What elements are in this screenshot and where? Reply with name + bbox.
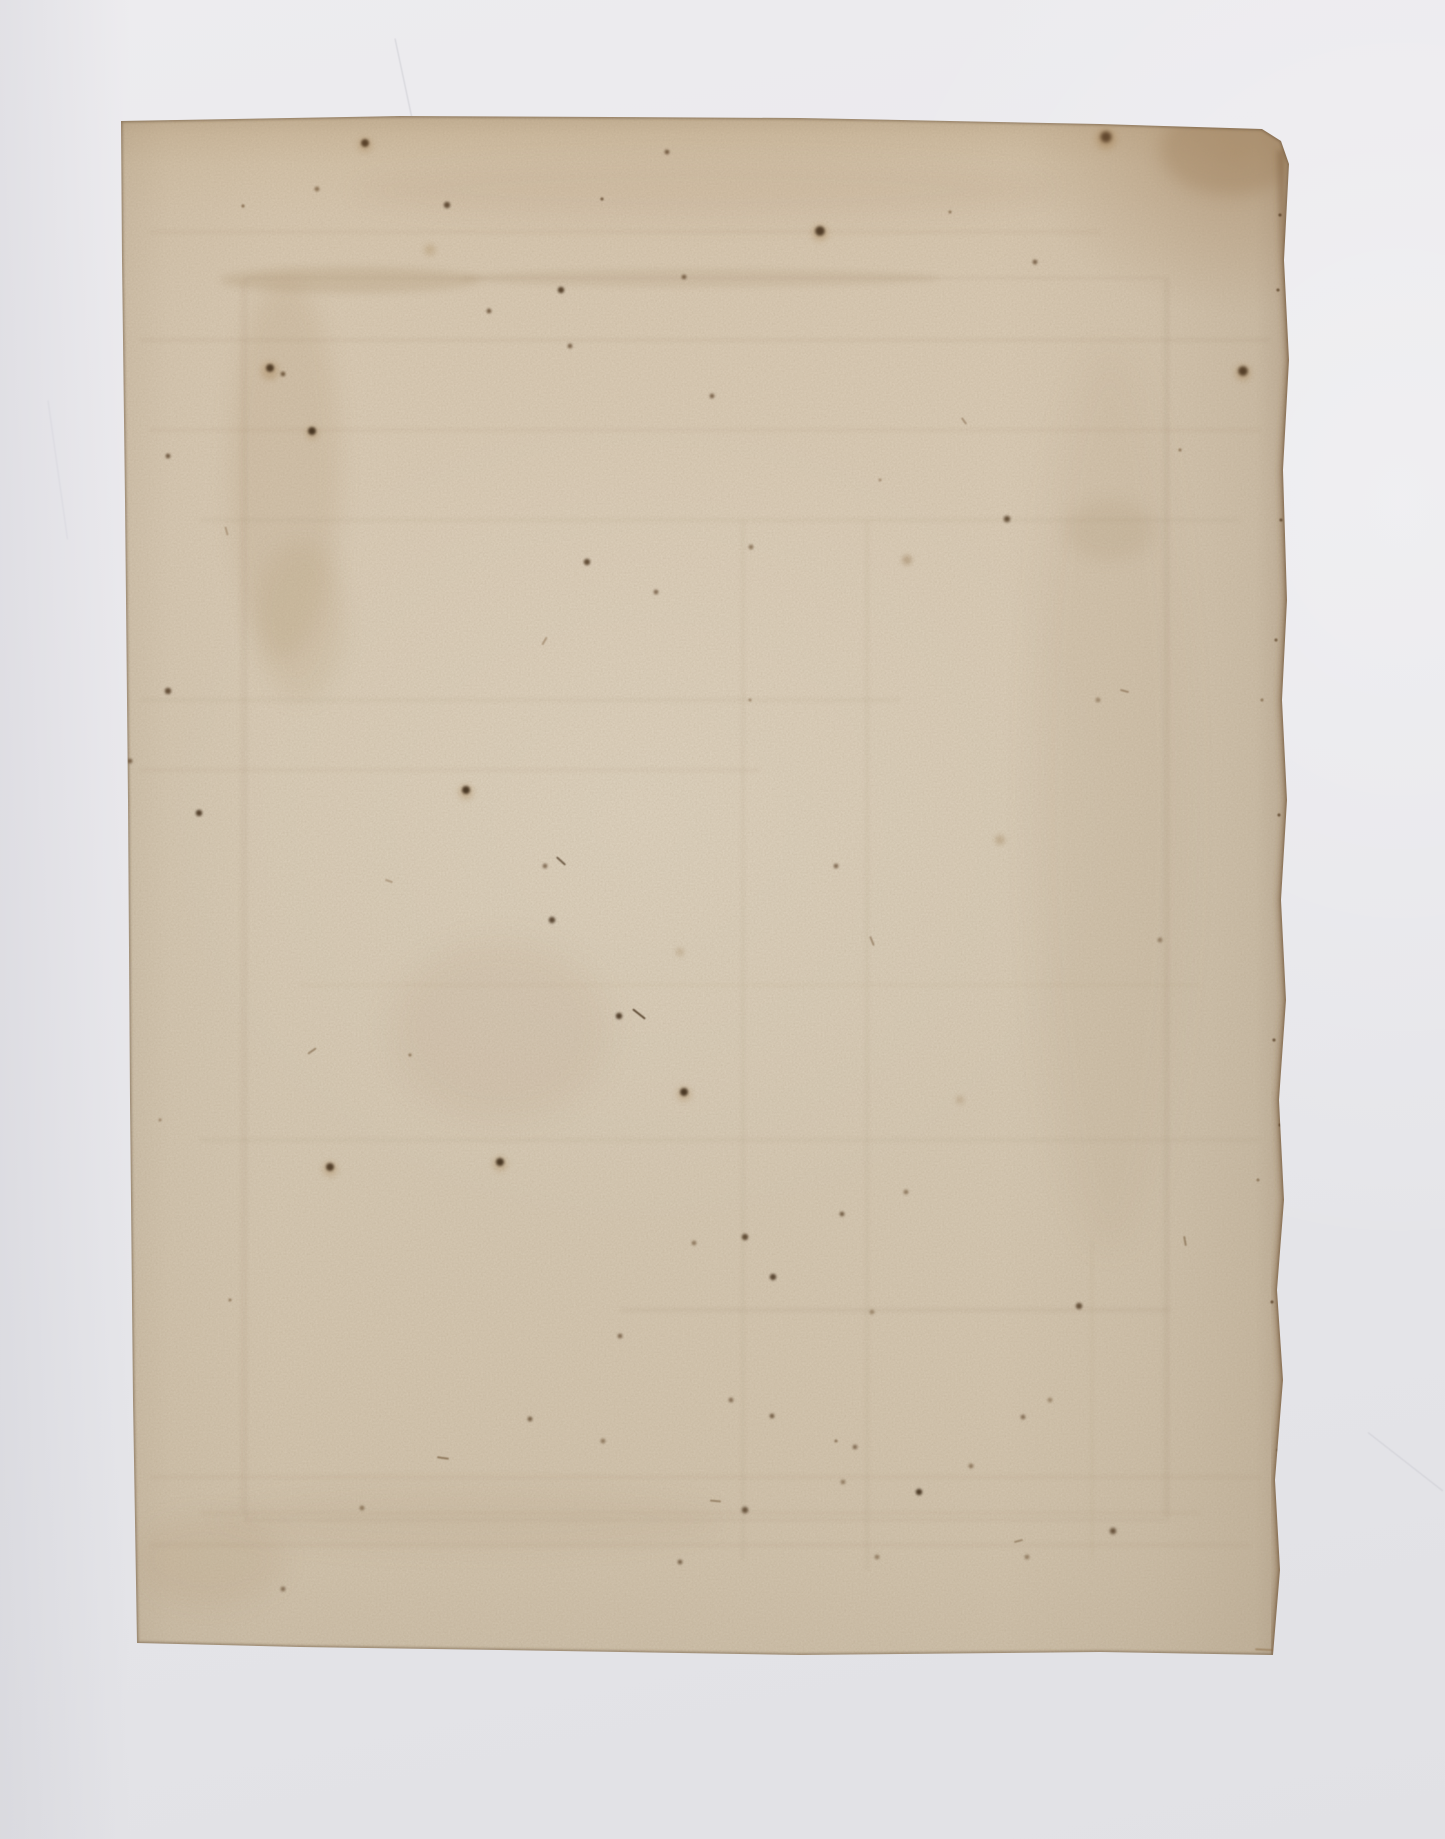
foxing-spot (1075, 1302, 1083, 1310)
foxing-spot (1272, 1038, 1276, 1042)
foxing-spot (1095, 697, 1101, 703)
foxing-spot (567, 343, 573, 349)
foxing-spot (948, 210, 952, 214)
foxing-spot (677, 1559, 683, 1565)
foxing-spot (423, 243, 437, 257)
foxing-spot (869, 1309, 875, 1315)
backdrop-scratch (1368, 1432, 1443, 1491)
foxing-spot (748, 544, 754, 550)
foxing-spot (359, 1505, 365, 1511)
foxing-spot (542, 863, 548, 869)
foxing-spot (557, 286, 565, 294)
foxing-spot (691, 1240, 697, 1246)
foxing-spot (1237, 365, 1249, 377)
foxing-spot (314, 186, 320, 192)
paper-fiber-fleck (710, 1500, 721, 1503)
foxing-spot (280, 371, 286, 377)
foxing-spot (527, 1416, 533, 1422)
foxing-spot (741, 1233, 749, 1241)
foxing-spot (486, 308, 492, 314)
foxing-spot (583, 558, 591, 566)
foxing-spot (901, 554, 913, 566)
foxing-spot (915, 1488, 923, 1496)
foxing-spot (241, 204, 245, 208)
paper-fiber-fleck (632, 1008, 646, 1019)
paper-fiber-fleck (1014, 1539, 1023, 1543)
foxing-spot (165, 453, 171, 459)
foxing-spot (681, 274, 687, 280)
foxing-spot (360, 138, 370, 148)
foxing-spot (664, 149, 670, 155)
foxing-spot (1047, 1397, 1053, 1403)
paper-fiber-fleck (541, 637, 547, 646)
foxing-spot (679, 1087, 689, 1097)
foxing-spot (443, 201, 451, 209)
paper-fiber-fleck (224, 526, 228, 535)
foxing-spot (834, 1439, 838, 1443)
foxing-spot (840, 1479, 846, 1485)
foxing-spot (839, 1211, 845, 1217)
foxing-spot (1003, 515, 1011, 523)
foxing-spot (158, 1118, 162, 1122)
foxing-spot (228, 1298, 232, 1302)
foxing-spot (968, 1463, 974, 1469)
paper-fiber-fleck (437, 1456, 449, 1460)
paper-fiber-fleck (1183, 1236, 1187, 1246)
foxing-spot (600, 197, 604, 201)
foxing-spot (280, 1586, 286, 1592)
paper-fiber-fleck (869, 936, 875, 946)
foxing-spot (709, 393, 715, 399)
foxing-spot (164, 687, 172, 695)
foxing-spot (741, 1506, 749, 1514)
foxing-spot (748, 698, 752, 702)
foxing-spot (814, 225, 826, 237)
foxing-spot (769, 1413, 775, 1419)
foxing-spot (265, 363, 275, 373)
foxing-spot (548, 916, 556, 924)
foxing-spot (1276, 288, 1280, 292)
foxing-spot (1032, 259, 1038, 265)
foxing-spot (1178, 448, 1182, 452)
foxing-spot (1270, 1300, 1274, 1304)
paper-fiber-fleck (556, 856, 566, 866)
foxing-spot (1099, 130, 1113, 144)
backdrop-scratch (48, 400, 68, 539)
foxing-spot (1020, 1414, 1026, 1420)
foxing-spot (1157, 937, 1163, 943)
foxing-spot (600, 1438, 606, 1444)
foxing-spot (461, 785, 471, 795)
foxing-spot (1109, 1527, 1117, 1535)
paper-fiber-fleck (1120, 689, 1129, 693)
foxing-spot (874, 1554, 880, 1560)
foxing-spot (495, 1157, 505, 1167)
foxing-spot (615, 1012, 623, 1020)
paper-fiber-fleck (961, 417, 967, 425)
foxing-spot (1279, 518, 1283, 522)
foxing-spot (994, 834, 1006, 846)
paper-fiber-fleck (385, 879, 393, 884)
paper-sheet (0, 0, 1445, 1839)
foxing-spot (617, 1333, 623, 1339)
foxing-spot (1278, 213, 1282, 217)
foxing-layer (0, 0, 1445, 1839)
photo-backdrop (0, 0, 1445, 1839)
paper-fiber-fleck (307, 1047, 316, 1054)
foxing-spot (1256, 1178, 1260, 1182)
foxing-spot (955, 1095, 965, 1105)
foxing-spot (728, 1397, 734, 1403)
foxing-spot (878, 478, 882, 482)
foxing-spot (833, 863, 839, 869)
foxing-spot (127, 758, 133, 764)
foxing-spot (1274, 638, 1278, 642)
foxing-spot (1024, 1554, 1030, 1560)
foxing-spot (408, 1053, 412, 1057)
foxing-spot (653, 589, 659, 595)
foxing-spot (325, 1162, 335, 1172)
foxing-spot (769, 1273, 777, 1281)
foxing-spot (1277, 813, 1281, 817)
foxing-spot (195, 809, 203, 817)
foxing-spot (307, 426, 317, 436)
foxing-spot (903, 1189, 909, 1195)
foxing-spot (1260, 698, 1264, 702)
foxing-spot (675, 947, 685, 957)
foxing-spot (852, 1444, 858, 1450)
